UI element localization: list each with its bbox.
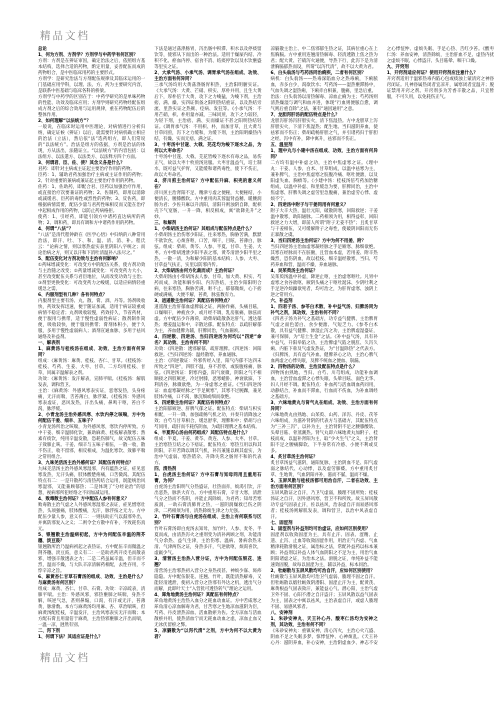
answer-paragraph: 内服剂型主要有汤、丸、散、膏、酒、丹等。汤剂吸收快，药效发挥迅速，便于随证加减，…: [38, 298, 145, 340]
question-or-heading: 1、四君子汤、参苓白术散、补中益气汤、归脾汤同为补气之剂，其功效、主治有何不同？: [271, 304, 378, 316]
answer-paragraph: 牡蛎散与玉屏风散均可治卫气虚弱、腠理不固之自汗。但牡蛎散以煅牡蛎敛阴潜阳、固涩止…: [271, 574, 378, 610]
answer-paragraph: 《四君子汤为补气之基础方，功专益气健脾，主治脾胃气虚之面色萎白、食少便溏、气短乏…: [271, 316, 378, 364]
header-watermark: 精品文档: [40, 28, 90, 43]
question-or-heading: 1、朱砂安神丸、天王补心丹、酸枣仁汤均为安神之剂，其功效、主治有何不同？: [271, 616, 378, 628]
question-or-heading: 5、银翘散主治温病初起，方中为何配伍辛温的荆芥穗、淡豆豉？: [38, 532, 145, 544]
answer-paragraph: 主治阳郁厥逆、肝脾气郁之证。配伍特点：柴胡与枳实相配，一升一降，加强疏畅气机之功…: [154, 406, 261, 430]
answer-paragraph: 吴茱萸汤温中补虚，降逆止呕，主治虚寒呕吐。凡胃中虚寒之食谷欲呕、厥阴头痛之干呕吐…: [271, 274, 378, 298]
answer-paragraph: 治法：白头翁汤以清热解毒、凉血止痢为主；芍药汤则清热燥湿与调气和血并进，体现“行…: [271, 94, 378, 112]
question-or-heading: 2、大承气汤、小承气汤、调胃承气汤在组成、功效、主治方面有何异同？: [154, 70, 261, 82]
question-or-heading: 3、十枣汤中甘遂、大戟、芫花均为峻下逐水之品，为何以大枣命名？: [154, 142, 261, 154]
answer-paragraph: 清营汤主治邪热初入营分之身热夜甚、神烦少寐、斑疹隐隐。方中配伍银花、连翘、竹叶，…: [154, 568, 261, 592]
question-or-heading: 4、四逆散、四逆汤、当归四逆汤为何均以“四逆”命名？其功效、主治有何不同？: [154, 334, 261, 346]
answer-paragraph: 小青龙汤所治之咳喘，为外感风寒，寒饮内停所致。方中干姜、细辛温肺化饮，兼助麻黄、…: [38, 424, 145, 460]
answer-paragraph: 臣药：1、辅助君药加强治疗主病或主证作用的药物；2、针对重要的兼病或兼证起主要治…: [38, 172, 145, 184]
document-page: 总论1、何为方剂、方剂学？方剂学与中药学有何区别？方剂：方剂是在辨证审因，确定治…: [38, 46, 494, 648]
answer-paragraph: 主治：《四逆散证：外邪传经入里，阳气内郁不达四末所致之“四逆”，四肢不温，身不甚…: [154, 358, 261, 400]
question-or-heading: 5、玉屏风散与桂枝汤都可用治自汗，二者在功效、主治方面有何区别？: [271, 478, 378, 490]
answer-paragraph: 固涩剂以收敛固涩为主，具有止汗、固表、涩精、止遗、止泻、止血等收敛固涩作用，用治…: [271, 532, 378, 568]
answer-paragraph: 九味羌活汤主治外感风寒湿邪，内有蕴热之证，症见恶寒发热，无汗头痛，肢体酸楚疼痛，…: [38, 466, 145, 496]
answer-paragraph: 逍遥散主治肝郁血虚脾弱之证，两胁作痛，头痛目眩，口燥咽干，神疲食少，或月经不调，…: [154, 304, 261, 334]
answer-paragraph: 白虎汤主治阳明气分热盛证，壮热面赤，烦渴引饮，汗出恶热，脉洪大有力。方中重用石膏…: [154, 484, 261, 514]
answer-paragraph: 功效：《麻黄汤：发汗解表，宣肺平喘。《桂枝汤：解肌发表，调和营卫。: [38, 376, 145, 388]
question-or-heading: 1、白虎汤主治何证？方中石膏与知母同用且重用石膏，为何？: [154, 472, 261, 484]
answer-paragraph: 方剂学与中药学的区别在于：中药学研究的是单味药物的性能、功效及临床应用；方剂学则…: [38, 94, 145, 118]
answer-paragraph: 一般说，在临床时运用中医理论，对病情进行分析归纳，确定证候（辨证）以后，就需要针…: [38, 124, 145, 160]
answer-paragraph: 附子大辛大热，温壮元阳，破散阴寒，回阳救逆；干姜温中散寒，助阳通脉。二药相须为用…: [271, 208, 378, 238]
answer-paragraph: 主治：《麻黄汤：外感风寒表实证，恶寒发热，头身疼痛，无汗而喘，舌苔薄白，脉浮紧。…: [38, 388, 145, 412]
question-or-heading: 3、六味地黄丸与肾气丸在组成、功效、主治方面有何异同？: [271, 400, 378, 412]
answer-paragraph: 下法是通过荡涤肠胃，泻出肠中积滞、积水以及停痰留饮等，使邪从下而出的一种治法。适…: [154, 46, 261, 70]
question-or-heading: 2、竹叶石膏汤与白虎汤在组成、主治上有何联系与区别？: [154, 514, 261, 526]
answer-paragraph: 功效：《四逆散：透邪解郁，疏肝理脾。《四逆汤：回阳救逆。《当归四逆汤：温经散寒，…: [154, 346, 261, 358]
answer-paragraph: 竹叶石膏汤即白虎汤去知母，加竹叶、人参、麦冬、半夏而成，由清热泻火之重剂变为清补…: [154, 526, 261, 556]
answer-paragraph: 银翘散所治乃温病初起之表热证。方中配伍辛而微温之荆芥穗、淡豆豉，意义有二：一是助…: [38, 544, 145, 574]
question-or-heading: 3、清营汤主治热入营分证，方中为何配伍银花、连翘？: [154, 556, 261, 568]
answer-paragraph: 凉膈散主治上、中二焦邪郁生热之证，其病位重心在上焦胸膈。方中重用连翘清热解毒、轻…: [271, 46, 378, 70]
question-or-heading: 2、小青龙汤主治外感风寒、水饮内停之咳喘，方中为何配伍干姜、细辛、五味子？: [38, 412, 145, 424]
answer-paragraph: 六味地黄丸由熟地、山茱萸、山药、泽泻、丹皮、茯苓六味组成，为滋补肾阴的代表方与基…: [271, 412, 378, 454]
answer-paragraph: 四物汤由熟地、当归、白芍、川芎组成，功能补血调血，主治营血虚滞之心悸失眠、头晕目…: [271, 370, 378, 400]
answer-paragraph: ①药味增减变化：可改变方中的配伍关系，使方剂功效与主治随之改变；②药量增减变化：…: [38, 262, 145, 292]
answer-paragraph: 使药：1、引经药，即能引领方中诸药直达病所的药物；2、调和药，即具有调和方中诸药…: [38, 214, 145, 226]
answer-paragraph: 十枣汤中甘遂、大戟、芫花皆峻下逐水有毒之品，易伤正气，故以大枣十枚煎汤送服。大枣…: [154, 154, 261, 178]
answer-paragraph: 济川煎主治肾阳不足、精津亏虚之便秘，大便秘结，小便清长，腰膝酸软。方中重用肉苁蓉…: [154, 190, 261, 220]
answer-paragraph: 三承气汤均用大黄荡涤肠胃积热，主治阳明腑实证。《大承气汤：大黄、芒硝、枳实、厚朴…: [154, 82, 261, 142]
answer-paragraph: 犀角地黄汤主治热入血分之耗血动血证。方中苦咸寒之犀角清心凉血解毒为君，甘苦寒之生…: [154, 598, 261, 628]
answer-paragraph: 组成：半夏、干姜、黄芩、黄连、人参、大枣、甘草。主治寒热互结之心下痞证。配伍特点…: [154, 436, 261, 466]
answer-paragraph: 组成：麻黄、杏仁、甘草、石膏。功效：辛凉疏表，清肺平喘。主治：外感风邪，邪热壅肺…: [38, 586, 145, 628]
answer-paragraph: 当归四逆汤主治血虚寒凝经脉之手足厥寒、脉细欲绝。其寒在经脉而不在脏腑，且营血本虚…: [271, 244, 378, 268]
footer-watermark: 精品文档: [40, 650, 90, 665]
question-or-heading: 4、济川煎主治何证？方中配伍升麻、枳壳的意义何在？: [154, 178, 261, 190]
answer-paragraph: 小柴胡汤主治伤寒少阳证，往来寒热，胸胁苦满，默默不欲饮食，心烦喜呕，口苦，咽干，…: [154, 232, 261, 268]
answer-paragraph: 玉屏风散证之自汗，乃卫气虚弱，腠理不固所致；桂枝汤证之自汗，因外感风寒，营卫不和…: [271, 490, 378, 520]
answer-paragraph: 败毒散主治气虚之人外感风寒湿邪之表证，症见憎寒壮热，头项强痛，肢体酸痛，无汗，脉…: [38, 502, 145, 532]
answer-paragraph: “八法”是清代程钟龄在《医学心悟》中归纳的八种常用治法，即汗、吐、下、和、温、清…: [38, 232, 145, 256]
answer-paragraph: 方剂学：是研究治法与方剂配伍规律及其临床运用的一门基础应用学科，以理、法、方、药…: [38, 76, 145, 94]
question-or-heading: 1、何谓下法？其适应证是什么？: [38, 634, 145, 640]
answer-paragraph: 开窍剂适用于温邪热毒内陷心包或痰浊上蒙清窍之神昏窍闭证。凡神昏属热闭者宜凉开，属…: [387, 76, 494, 100]
question-or-heading: 5、凉膈散为“以泻代清”之剂，方中为何不以大黄为君？: [154, 628, 261, 640]
answer-paragraph: 病机：白头翁汤——热毒深陷血分之热毒痢，下痢脓血，赤多白少，渴欲饮水；芍药汤——…: [271, 76, 378, 94]
answer-paragraph: 龙胆泻肝汤泻肝胆实火，清下焦湿热。方中龙胆草上泻肝胆实火，下清下焦湿热；配生地、…: [271, 118, 378, 142]
answer-paragraph: 组成：《麻黄汤：麻黄、桂枝、杏仁、甘草。《桂枝汤：桂枝、芍药、生姜、大枣、甘草。…: [38, 358, 145, 376]
answer-paragraph: 二方均有温中补虚之功，主治中焦虚寒之证。《理中丸：干姜、人参、白术、甘草组成，以…: [271, 160, 378, 202]
answer-paragraph: 方剂：方剂是在辨证审因，确定治法之后，依照组方基本结构，选择合适的药物，酌定用量…: [38, 58, 145, 76]
question-or-heading: 6、麻黄杏仁甘草石膏汤的组成、功效、主治是什么？与麻黄汤有何区别？: [38, 574, 145, 586]
question-or-heading: 1、理中丸与小建中汤在组成、功效、主治方面有何异同？: [271, 148, 378, 160]
document-columns: 总论1、何为方剂、方剂学？方剂学与中药学有何区别？方剂：方剂是在辨证审因，确定治…: [38, 46, 494, 648]
question-or-heading: 1、麻黄汤与桂枝汤在组成、功效、主治方面有何异同？: [38, 346, 145, 358]
answer-paragraph: 炙甘草汤益气滋阴，通阳复脉，主治阴血不足、阳气虚弱之脉结代、心动悸，以及虚劳肺痿…: [271, 460, 378, 478]
answer-paragraph: 大柴胡汤由小柴胡汤去人参、甘草，加大黄、枳实、芍药而成，功能和解少阳、内泻热结，…: [154, 274, 261, 298]
answer-paragraph: 佐药：1、佐助药，即配合君、臣药以加强治疗作用，或直接治疗次要兼证的药物；2、佐…: [38, 184, 145, 214]
